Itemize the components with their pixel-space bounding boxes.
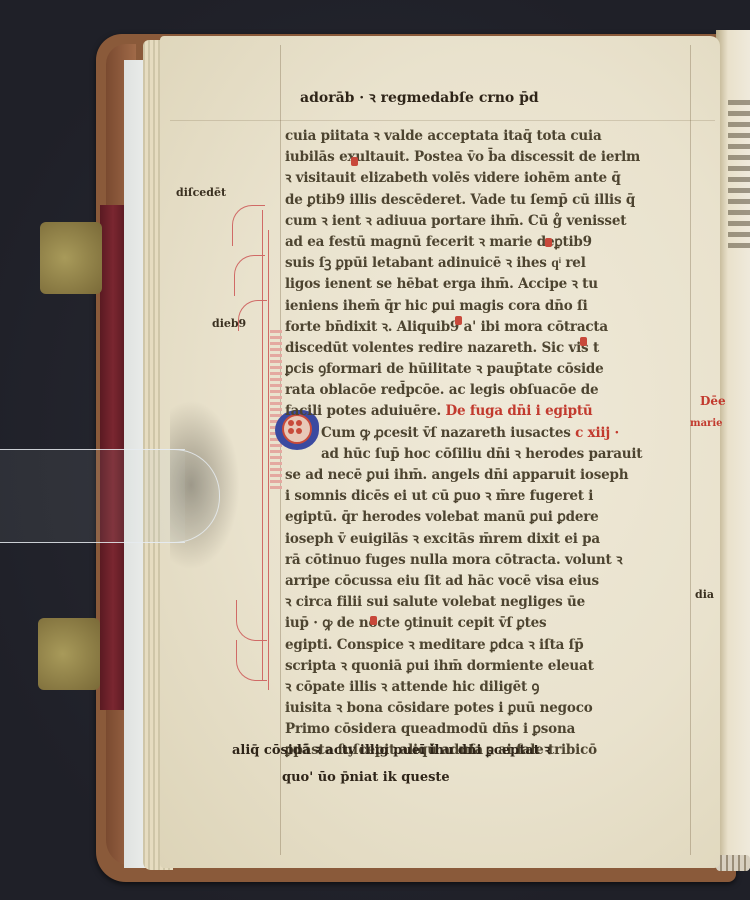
text-line: ieniens ihem̄ q̄r hic ꝑui magis cora dn̄… bbox=[285, 296, 725, 317]
text-line: Primo cōsidera queadmodū dn̄s i ꝑsona bbox=[285, 719, 725, 740]
text-line: iuisita ꝛ bona cōsidare potes i ꝑuū nego… bbox=[285, 698, 725, 719]
rubric-mark bbox=[370, 616, 377, 625]
text-line: ꝛ circa filii sui salute volebat neglige… bbox=[285, 592, 725, 613]
text-line-with-rubric: facili potes aduiuēre. De fuga dn̄i i eg… bbox=[285, 401, 725, 422]
text-line: scripta ꝛ quoniā ꝑui ihm̄ dormiente eleu… bbox=[285, 656, 725, 677]
rubric-heading: De fuga dn̄i i egiptū bbox=[445, 403, 592, 419]
text-line: forte bn̄dixit ꝛ. Aliquib9 a' ibi mora c… bbox=[285, 317, 725, 338]
text-line: rā cōtinuo fuges nulla mora cōtracta. vo… bbox=[285, 550, 725, 571]
rubric-mark bbox=[455, 316, 462, 325]
penwork-flourish bbox=[232, 205, 265, 246]
text-segment: facili potes aduiuēre. bbox=[285, 403, 441, 419]
headband bbox=[716, 855, 750, 871]
text-line: se ad necē ꝑui ihm̄. angels dn̄i apparui… bbox=[285, 465, 725, 486]
penwork-stem bbox=[268, 230, 269, 690]
text-line: ꝑcis ꝯformari de hūilitate ꝛ paup̄tate c… bbox=[285, 359, 725, 380]
text-segment: Cum ꝙ ꝓcesit v̄ſ nazareth iusactes bbox=[321, 425, 571, 441]
text-line: ioseph v̄ euigilās ꝛ excitās m̄rem dixit… bbox=[285, 529, 725, 550]
text-line: de ꝑtib9 illis descēderet. Vade tu ſemp̄… bbox=[285, 190, 725, 211]
text-line: ad hūc ſup̄ hoc cōſiliu dn̄i ꝛ herodes p… bbox=[285, 444, 725, 465]
main-text: cuia piitata ꝛ valde acceptata itaq̄ tot… bbox=[285, 126, 725, 762]
text-line: suis ſꝫ ꝑpūi letabant adinuicē ꝛ ihes qͥ… bbox=[285, 253, 725, 274]
text-line-with-chapter: Cum ꝙ ꝓcesit v̄ſ nazareth iusactes c xii… bbox=[285, 423, 725, 444]
facing-page-text bbox=[728, 100, 750, 250]
added-note-line-2: quo' ūo p̄niat ik queste bbox=[282, 770, 450, 785]
clasp-bottom bbox=[38, 618, 100, 690]
text-line: egipti. Conspice ꝛ meditare ꝑdca ꝛ iſta … bbox=[285, 635, 725, 656]
text-line: ꝛ visitauit elizabeth volēs videre iohēm… bbox=[285, 168, 725, 189]
added-note-line-1: aliq̄ cōsidā ꝛ acty illig pueī ihu dn̄i … bbox=[232, 740, 550, 758]
text-line: discedūt volentes redire nazareth. Sic v… bbox=[285, 338, 725, 359]
margin-note-left-top: diſcedēt bbox=[176, 186, 226, 199]
text-line: ꝛ cōpate illis ꝛ attende hic diligēt ꝯ bbox=[285, 677, 725, 698]
clasp-top bbox=[40, 222, 102, 294]
penwork-flourish bbox=[234, 255, 265, 296]
rubric-mark bbox=[351, 157, 358, 166]
rubric-mark bbox=[580, 337, 587, 346]
penwork-flourish bbox=[236, 640, 267, 681]
text-line: iup̄ · ꝙ de nocte ꝯtinuit cepit v̄ſ ꝑtes bbox=[285, 613, 725, 634]
penwork-border bbox=[270, 330, 282, 490]
penwork-flourish bbox=[236, 600, 267, 641]
margin-note-left-mid: dieb9 bbox=[212, 317, 246, 330]
text-line: i somnis dicēs ei ut cū ꝑuo ꝛ m̄re fuger… bbox=[285, 486, 725, 507]
text-line: egiptū. q̄r herodes volebat manū ꝑui ꝑde… bbox=[285, 507, 725, 528]
running-head: adorāb · ꝛ regmedabſe crno p̄d bbox=[300, 88, 539, 107]
rubric-mark bbox=[545, 238, 552, 247]
ruling-top bbox=[170, 120, 715, 121]
text-line: ligos ienent se hēbat erga ihm̄. Accipe … bbox=[285, 274, 725, 295]
text-line: ad ea festū magnū fecerit ꝛ marie deꝑtib… bbox=[285, 232, 725, 253]
text-line: rata oblacōe red̄pcōe. ac legis obſuacōe… bbox=[285, 380, 725, 401]
chapter-number: c xiij · bbox=[575, 425, 619, 441]
text-line: cuia piitata ꝛ valde acceptata itaq̄ tot… bbox=[285, 126, 725, 147]
text-line: cum ꝛ ient ꝛ adiuua portare ihm̄. Cū g̊ … bbox=[285, 211, 725, 232]
text-line: arripe cōcussa eiu ſit ad hāc vocē visa … bbox=[285, 571, 725, 592]
